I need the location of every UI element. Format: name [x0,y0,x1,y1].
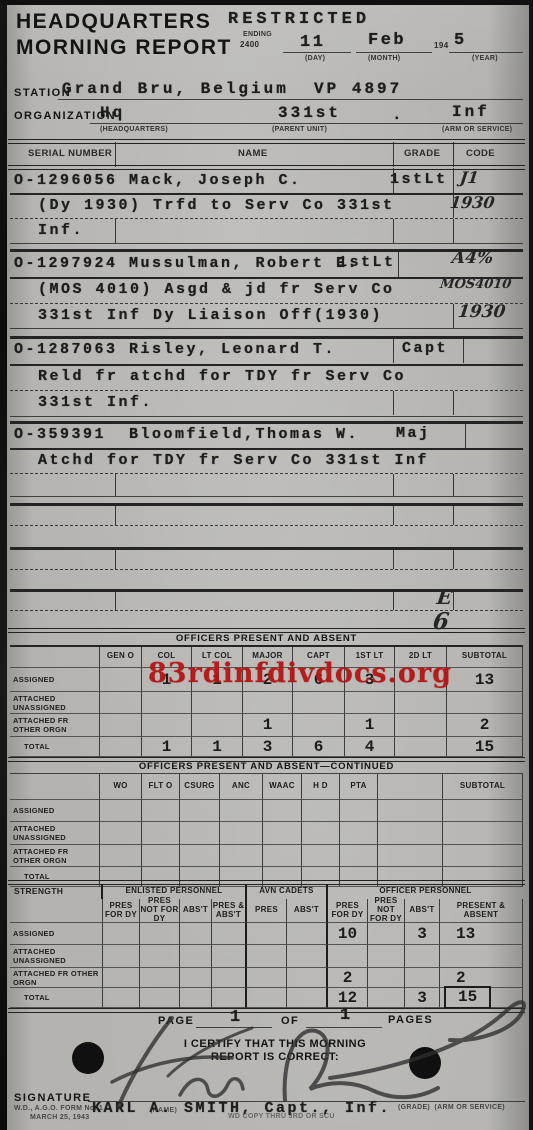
table-cell [103,923,140,945]
rule-line [453,549,454,569]
rule-line [10,218,523,219]
table-cell [368,945,405,968]
ending-label: ENDING [243,31,272,38]
form-title-line1: HEADQUARTERS [16,10,211,34]
rule-line [453,474,454,496]
column-header: GEN O [100,646,142,668]
table-cell [192,692,243,714]
entry-serial-name: O-359391 Bloomfield,Thomas W. [14,426,359,443]
row-label: ASSIGNED [10,923,103,945]
page-label: PAGE [158,1015,194,1027]
rule-line [10,303,523,304]
table-cell [192,714,243,737]
row-label: ASSIGNED [10,668,100,692]
org-hq-sub: (HEADQUARTERS) [100,126,168,133]
row-label: ATTACHED UNASSIGNED [10,822,100,845]
table-cell [212,945,247,968]
report-year: 5 [454,31,467,50]
rule-line [393,474,394,496]
boxed-total: 15 [440,988,523,1008]
section-rule [8,1008,525,1013]
rule-line [393,391,394,415]
table-cell: 13 [440,923,523,945]
restricted-stamp: RESTRICTED [228,10,370,29]
table-cell [243,692,293,714]
row-label: ATTACHED FR OTHER ORGN [10,845,100,867]
station-rule [58,99,523,100]
table-cell [142,714,192,737]
rule-line [453,391,454,415]
row-label: ATTACHED FR OTHER ORGN [10,968,103,988]
table-cell [100,737,142,757]
table-cell [328,945,368,968]
pages-label: PAGES [388,1014,433,1026]
column-header: FLT O [142,774,180,800]
rule-line [10,473,523,474]
table-cell [443,822,523,845]
rule-line [453,505,454,525]
table-cell [247,945,287,968]
group-officer: OFFICER PERSONNEL [328,884,523,899]
row-label: TOTAL [10,737,100,757]
entry-remarks: Inf. [38,222,84,239]
table-cell [142,800,180,822]
copy-note: WD COPY THRU 3RD OR SCU [228,1113,335,1120]
month-rule [356,52,432,53]
column-header: PRES FOR DY [328,899,368,923]
table-cell [368,923,405,945]
org-parent-unit: 331st [278,104,341,122]
table-cell [447,692,523,714]
rule-line [393,591,394,610]
rule-line [453,168,454,193]
rule-line [453,194,454,218]
column-header: PRESENT & ABSENT [440,899,523,923]
rule-line [465,423,466,448]
table-cell: 10 [328,923,368,945]
year-rule [449,52,523,53]
table-cell [220,800,263,822]
rule-line [10,421,523,424]
rule-line [196,1027,272,1028]
table-cell [395,692,447,714]
year-sub: (YEAR) [472,55,498,62]
table-cell [368,968,405,988]
rule-line [10,503,523,506]
column-header: ABS'T [287,899,328,923]
table-cell: 2 [447,714,523,737]
table-cell [440,945,523,968]
rule-line [115,505,116,525]
punch-hole-left [72,1042,104,1074]
table-cell: 3 [243,737,293,757]
row-label: ATTACHED FR OTHER ORGN [10,714,100,737]
certify-line2: REPORT IS CORRECT: [150,1051,400,1063]
table-cell [100,668,142,692]
table-cell [378,800,443,822]
col-grade: GRADE [404,148,440,159]
column-header: SUBTOTAL [443,774,523,800]
signature-label: SIGNATURE [14,1092,91,1104]
table-cell [368,988,405,1008]
officers-cont-table: WOFLT O CSURGANC WAACH D PTA SUBTOTAL AS… [10,774,523,887]
column-header: ANC [220,774,263,800]
column-header: H D [302,774,340,800]
punch-hole-right [409,1047,441,1079]
watermark: 83rdinfdivdocs.org [148,658,452,689]
table-cell [180,845,220,867]
table-cell: 1 [345,714,395,737]
rule-line [115,219,116,243]
table-cell: 2 [328,968,368,988]
table-cell: 12 [328,988,368,1008]
table-cell: 4 [345,737,395,757]
table-cell [140,945,180,968]
entry-remarks: (MOS 4010) Asgd & jd fr Serv Co [38,281,395,298]
table-cell [142,845,180,867]
entry-grade: Capt [402,340,448,357]
report-day: 11 [300,33,325,52]
entry-grade: Maj [396,425,431,442]
table-cell [180,988,212,1008]
org-dot: . [392,106,405,124]
table-cell: 3 [405,923,440,945]
ending-time: 2400 [240,40,259,49]
table-cell [395,737,447,757]
table-cell [140,923,180,945]
form-title-line2: MORNING REPORT [16,36,232,60]
table-cell [180,968,212,988]
roster-top-rule [8,139,525,144]
table-cell [263,822,302,845]
table-cell [100,692,142,714]
month-sub: (MONTH) [368,55,400,62]
entry-grade: 1stLt [338,254,396,271]
org-unit-sub: (PARENT UNIT) [272,126,327,133]
row-label [10,774,100,800]
column-header: ABS'T [405,899,440,923]
rule-line [393,505,394,525]
table-cell: 1 [192,737,243,757]
table-cell [287,923,328,945]
org-arm-sub: (ARM OR SERVICE) [442,126,512,133]
table-cell [247,923,287,945]
row-label [10,646,100,668]
rule-line [393,142,394,167]
rule-line [393,549,394,569]
rule-line [10,448,523,450]
table-cell [287,988,328,1008]
rule-line [393,338,394,363]
roster-header-rule [8,165,525,170]
rule-line [10,243,523,244]
rule-line [453,219,454,243]
table-cell [212,968,247,988]
org-hq: Hq [100,104,125,122]
rule-line [453,142,454,167]
row-label: TOTAL [10,988,103,1008]
column-header: PRES FOR DY [103,899,140,923]
table-cell [142,822,180,845]
row-label: ATTACHED UNASSIGNED [10,692,100,714]
table-cell [293,692,345,714]
table-cell [180,822,220,845]
table-cell: 15 [447,737,523,757]
table-cell [180,800,220,822]
table-cell [212,923,247,945]
entry-remarks: Atchd for TDY fr Serv Co 331st Inf [38,452,429,469]
form-note-line2: MARCH 25, 1943 [30,1114,89,1121]
table-cell: 1 [142,737,192,757]
table-cell [263,800,302,822]
table-cell [263,845,302,867]
report-month: Feb [368,31,406,50]
table-cell [100,845,142,867]
entry-serial-name: O-1296056 Mack, Joseph C. [14,172,302,189]
rule-line [115,591,116,610]
rule-line [306,1027,382,1028]
rule-line [10,416,523,417]
table-cell [340,822,378,845]
table-cell [142,692,192,714]
table-cell [220,845,263,867]
morning-report-photo: HEADQUARTERS RESTRICTED MORNING REPORT E… [0,0,533,1130]
column-header: PRES [247,899,287,923]
col-name: NAME [238,148,268,159]
table-cell [378,822,443,845]
entry-remarks: 331st Inf Dy Liaison Off(1930) [38,307,383,324]
column-header: ABS'T [180,899,212,923]
column-header: CSURG [180,774,220,800]
column-header: PRES & ABS'T [212,899,247,923]
table-cell [443,845,523,867]
rule-line [10,569,523,570]
rule-line [463,338,464,363]
column-header: WO [100,774,142,800]
rule-line [10,525,523,526]
form-note-line1: W.D., A.G.O. FORM No. 1 [14,1105,103,1112]
group-avn-cadets: AVN CADETS [247,884,328,899]
rule-line [10,496,523,497]
film-edge-left [0,0,7,1130]
row-label [10,899,103,923]
table-cell [340,845,378,867]
org-arm: Inf [452,103,490,121]
entry-remarks: (Dy 1930) Trfd to Serv Co 331st [38,197,395,214]
pages-total: 1 [340,1006,353,1025]
table-cell [378,845,443,867]
officers-table-title: OFFICERS PRESENT AND ABSENT [10,633,523,644]
table-cell [180,923,212,945]
table-cell [103,988,140,1008]
entry-code-handwritten: A4% [451,248,495,268]
table-cell [405,945,440,968]
day-sub: (DAY) [305,55,325,62]
row-label: ATTACHED UNASSIGNED [10,945,103,968]
row-label: ASSIGNED [10,800,100,822]
entry-code-handwritten: 1930 [457,302,507,322]
name-sub: (NAME) [150,1107,177,1114]
station-value: Grand Bru, Belgium VP 4897 [62,80,402,98]
grade-arm-sub: (GRADE) (ARM OR SERVICE) [398,1104,505,1111]
col-code: CODE [466,148,495,159]
day-rule [283,52,351,53]
table-cell [100,800,142,822]
rule-line [393,219,394,243]
year-prefix: 194 [434,41,449,50]
rule-line [115,474,116,496]
table-cell [140,968,180,988]
certify-line1: I CERTIFY THAT THIS MORNING [150,1038,400,1050]
film-edge-right [529,0,533,1130]
table-cell [100,822,142,845]
rule-line [10,390,523,391]
entry-serial-name: O-1287063 Risley, Leonard T. [14,341,336,358]
table-cell [345,692,395,714]
rule-line [10,547,523,550]
rule-line [115,142,116,167]
table-cell [103,968,140,988]
column-header [378,774,443,800]
strength-group-header: STRENGTH ENLISTED PERSONNEL AVN CADETS O… [10,884,523,899]
table-cell: 2 [440,968,523,988]
table-cell [340,800,378,822]
table-cell [180,945,212,968]
of-label: OF [281,1015,299,1027]
org-rule [90,123,523,124]
table-cell: 13 [447,668,523,692]
table-cell [443,800,523,822]
rule-line [10,328,523,329]
entry-remarks: 331st Inf. [38,394,153,411]
rule-line [453,304,454,328]
table-cell [287,945,328,968]
table-cell [220,822,263,845]
rule-line [10,193,523,195]
strength-table: PRES FOR DYPRES NOT FOR DY ABS'TPRES & A… [10,899,523,1008]
entry-serial-name: O-1297924 Mussulman, Robert E. [14,255,359,272]
column-header: SUBTOTAL [447,646,523,668]
officers-cont-title: OFFICERS PRESENT AND ABSENT—CONTINUED [10,761,523,772]
table-cell [293,714,345,737]
table-cell [247,988,287,1008]
rule-line [10,249,523,252]
table-cell [247,968,287,988]
table-cell: 1 [243,714,293,737]
table-cell [302,800,340,822]
table-cell [100,714,142,737]
table-cell: 6 [293,737,345,757]
table-cell [302,822,340,845]
rule-line [453,591,454,610]
column-header: WAAC [263,774,302,800]
table-cell [212,988,247,1008]
strength-corner-label: STRENGTH [10,884,103,899]
column-header: PRES NOT FOR DY [140,899,180,923]
entry-grade: 1stLt [390,171,448,188]
table-cell: 3 [405,988,440,1008]
column-header: PRES NOT FOR DY [368,899,405,923]
table-cell [405,968,440,988]
rule-line [10,364,523,366]
col-serial-number: SERIAL NUMBER [28,148,112,159]
handwritten-side-mark: E [436,585,454,609]
column-header: PTA [340,774,378,800]
table-cell [140,988,180,1008]
table-cell [302,845,340,867]
table-cell [103,945,140,968]
rule-line [115,549,116,569]
entry-code-handwritten: J1 [459,168,480,187]
table-cell [395,714,447,737]
rule-line [393,168,394,193]
page-number: 1 [230,1008,243,1027]
entry-code-handwritten: MOS4010 [439,277,512,292]
film-edge-top [0,0,533,5]
rule-line [398,252,399,277]
table-cell [287,968,328,988]
entry-code-handwritten: 1930 [449,193,496,212]
rule-line [10,336,523,339]
entry-remarks: Reld fr atchd for TDY fr Serv Co [38,368,406,385]
